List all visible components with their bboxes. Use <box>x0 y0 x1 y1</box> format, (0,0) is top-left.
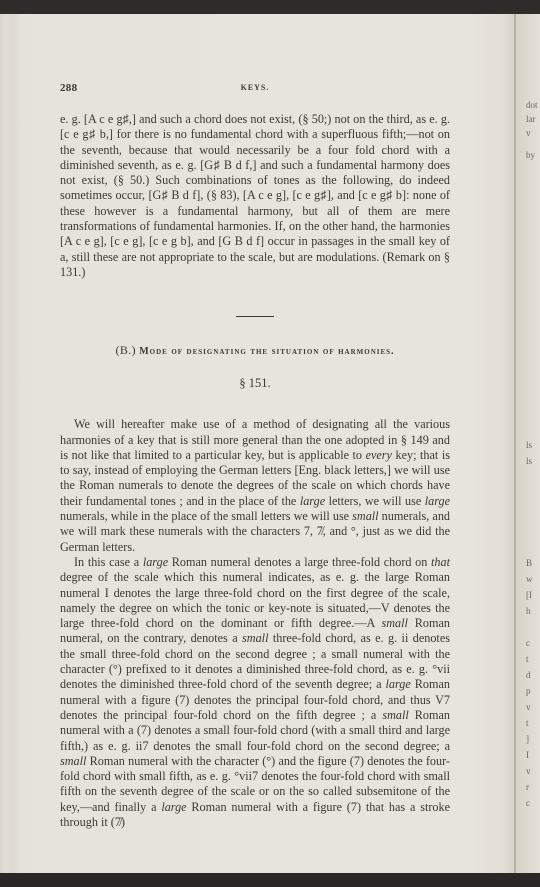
section-label: (B.) <box>115 343 136 357</box>
emphasis: every <box>366 448 392 462</box>
facing-page-text: v <box>526 766 531 776</box>
section-heading: (B.) Mode of designating the situation o… <box>60 343 450 358</box>
facing-page-text: h <box>526 606 531 616</box>
emphasis: small <box>60 754 86 768</box>
facing-page-text: ls <box>526 440 532 450</box>
emphasis: small <box>382 708 408 722</box>
body-paragraph: We will hereafter make use of a method o… <box>60 417 450 555</box>
emphasis: large <box>161 800 186 814</box>
section-divider <box>236 316 274 317</box>
facing-page-text: lar <box>526 114 536 124</box>
emphasis: large <box>425 494 450 508</box>
facing-page-text: B <box>526 558 532 568</box>
section-number: § 151. <box>60 376 450 391</box>
facing-page-text: d <box>526 670 531 680</box>
body-paragraph: In this case a large Roman numeral denot… <box>60 555 450 830</box>
facing-page-text: t <box>526 654 529 664</box>
running-head: 288 KEYS. <box>60 82 450 98</box>
emphasis: small <box>352 509 378 523</box>
emphasis: small <box>242 631 268 645</box>
facing-page-text: t <box>526 718 529 728</box>
opening-paragraph: e. g. [A c e g♯,] and such a chord does … <box>60 112 450 280</box>
bottom-book-edge <box>0 873 540 887</box>
emphasis: large <box>386 677 411 691</box>
facing-page-text: v <box>526 128 531 138</box>
facing-page-text: c <box>526 798 530 808</box>
emphasis: large <box>143 555 168 569</box>
facing-page-text: v <box>526 702 531 712</box>
facing-page-text: by <box>526 150 535 160</box>
facing-page-text: dot <box>526 100 538 110</box>
page-content: 288 KEYS. e. g. [A c e g♯,] and such a c… <box>60 82 450 830</box>
facing-page-text: ] <box>526 734 529 744</box>
emphasis: large <box>300 494 325 508</box>
facing-page-text: p <box>526 686 531 696</box>
facing-page-edge: dotlarvbylslsBw[Ihctdpvt]Ivrc <box>516 14 540 874</box>
emphasis: small <box>382 616 408 630</box>
running-title: KEYS. <box>60 83 450 92</box>
facing-page-text: I <box>526 750 529 760</box>
facing-page-text: r <box>526 782 529 792</box>
book-scan: 288 KEYS. e. g. [A c e g♯,] and such a c… <box>0 0 540 887</box>
facing-page-text: [I <box>526 590 532 600</box>
facing-page-text: ls <box>526 456 532 466</box>
section-title: Mode of designating the situation of har… <box>139 346 394 357</box>
left-page: 288 KEYS. e. g. [A c e g♯,] and such a c… <box>0 14 514 874</box>
facing-page-text: c <box>526 638 530 648</box>
emphasis: that <box>431 555 450 569</box>
facing-page-text: w <box>526 574 533 584</box>
top-book-edge <box>0 0 540 14</box>
